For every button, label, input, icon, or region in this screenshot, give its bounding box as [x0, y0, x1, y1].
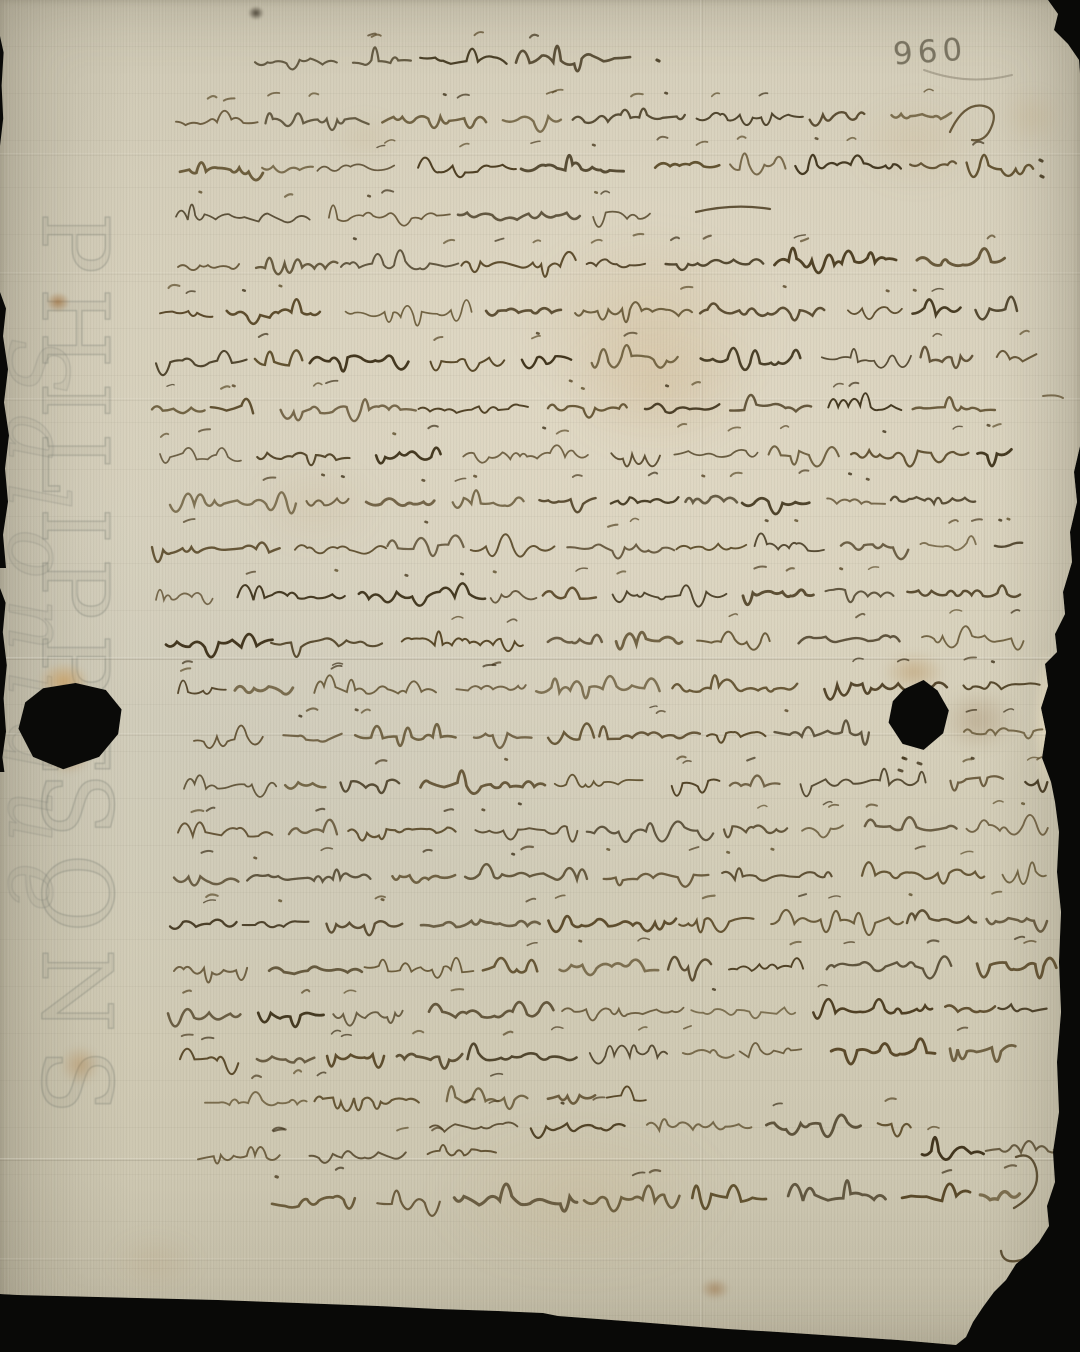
photo-background: PHILIPPE Salonique SONS 960	[0, 0, 1080, 1352]
paper-sheet: PHILIPPE Salonique SONS 960	[0, 0, 1080, 1352]
manuscript-handwriting	[0, 0, 1080, 1352]
page-number-pencil: 960	[892, 31, 969, 72]
